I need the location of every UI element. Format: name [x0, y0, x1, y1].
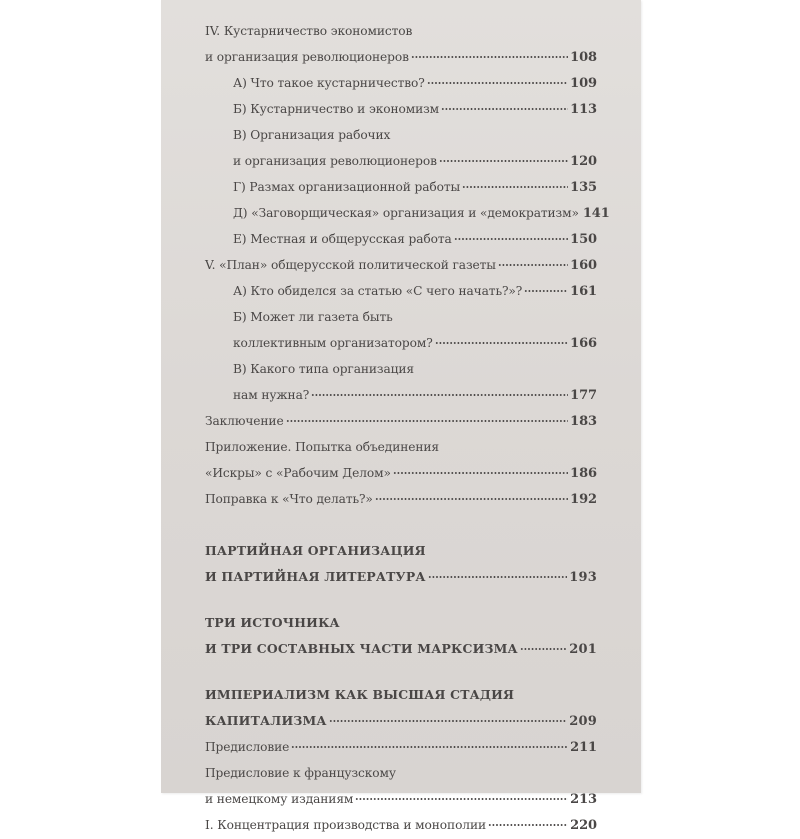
dot-leader — [411, 56, 568, 58]
toc-page-number: 192 — [570, 487, 597, 513]
toc-entry-line: нам нужна?177 — [205, 382, 597, 408]
toc-entry-title: А) Что такое кустарничество? — [233, 70, 425, 96]
toc-entry-title: нам нужна? — [233, 382, 309, 408]
toc-section-heading: ПАРТИЙНАЯ ОРГАНИЗАЦИЯИ ПАРТИЙНАЯ ЛИТЕРАТ… — [205, 538, 597, 590]
dot-leader — [462, 186, 568, 188]
toc-page-number: 213 — [570, 787, 597, 800]
toc-sections: ПАРТИЙНАЯ ОРГАНИЗАЦИЯИ ПАРТИЙНАЯ ЛИТЕРАТ… — [205, 538, 597, 800]
toc-entry: А) Что такое кустарничество?109 — [205, 70, 597, 96]
toc-entry-title: «Искры» с «Рабочим Делом» — [205, 460, 391, 486]
toc-entry-title: Б) Кустарничество и экономизм — [233, 96, 439, 122]
toc-entry-line: Г) Размах организационной работы135 — [205, 174, 597, 200]
toc-entry-line: Предисловие211 — [205, 734, 597, 760]
toc-entry-line: и немецкому изданиям213 — [205, 786, 597, 800]
toc-entry: Г) Размах организационной работы135 — [205, 174, 597, 200]
toc-section-heading: ТРИ ИСТОЧНИКАИ ТРИ СОСТАВНЫХ ЧАСТИ МАРКС… — [205, 610, 597, 662]
toc-entry-title: ПАРТИЙНАЯ ОРГАНИЗАЦИЯ — [205, 538, 426, 564]
toc-entry-title: Е) Местная и общерусская работа — [233, 226, 452, 252]
toc-entry-line: и организация революционеров120 — [205, 148, 597, 174]
toc-page-number: 135 — [570, 175, 597, 201]
toc-entry-line: Е) Местная и общерусская работа150 — [205, 226, 597, 252]
toc-entry-title: Д) «Заговорщическая» организация и «демо… — [233, 200, 579, 226]
toc-entry-line: Заключение183 — [205, 408, 597, 434]
toc-entry-title: Б) Может ли газета быть — [233, 304, 393, 330]
toc-entry-line: В) Какого типа организация — [205, 356, 597, 382]
toc-entry-line: V. «План» общерусской политической газет… — [205, 252, 597, 278]
toc-entry-line: А) Что такое кустарничество?109 — [205, 70, 597, 96]
dot-leader — [454, 238, 568, 240]
toc-entry-title: Поправка к «Что делать?» — [205, 486, 373, 512]
dot-leader — [498, 264, 568, 266]
toc-entry: Б) Может ли газета бытьколлективным орга… — [205, 304, 597, 356]
toc-entry-line: КАПИТАЛИЗМА209 — [205, 708, 597, 734]
toc-entry-title: Г) Размах организационной работы — [233, 174, 460, 200]
toc-page-number: 161 — [570, 279, 597, 305]
toc-entry-title: А) Кто обиделся за статью «С чего начать… — [233, 278, 522, 304]
toc-entry: Предисловие211 — [205, 734, 597, 760]
toc-entry-line: ТРИ ИСТОЧНИКА — [205, 610, 597, 636]
toc-page-number: 108 — [570, 45, 597, 71]
toc-page-number: 183 — [570, 409, 597, 435]
toc-entry-title: И ПАРТИЙНАЯ ЛИТЕРАТУРА — [205, 564, 426, 590]
dot-leader — [393, 472, 568, 474]
toc-page-number: 177 — [570, 383, 597, 409]
dot-leader — [427, 82, 568, 84]
dot-leader — [311, 394, 568, 396]
toc-entry: Приложение. Попытка объединения«Искры» с… — [205, 434, 597, 486]
toc-entry-title: Предисловие — [205, 734, 289, 760]
toc-entry-title: В) Какого типа организация — [233, 356, 414, 382]
toc-page-number: 166 — [570, 331, 597, 357]
toc-entry: V. «План» общерусской политической газет… — [205, 252, 597, 278]
toc-page-number: 109 — [570, 71, 597, 97]
toc-entry-title: В) Организация рабочих — [233, 122, 390, 148]
toc-entry-title: И ТРИ СОСТАВНЫХ ЧАСТИ МАРКСИЗМА — [205, 636, 518, 662]
dot-leader — [441, 108, 568, 110]
dot-leader — [329, 720, 568, 722]
toc-entry: Предисловие к французскомуи немецкому из… — [205, 760, 597, 800]
toc-page-number: 209 — [569, 709, 597, 735]
toc-entry-title: КАПИТАЛИЗМА — [205, 708, 327, 734]
toc-entry-title: Заключение — [205, 408, 284, 434]
toc-entry-title: и организация революционеров — [233, 148, 437, 174]
toc-page-number: 120 — [570, 149, 597, 175]
toc-entry: Д) «Заговорщическая» организация и «демо… — [205, 200, 597, 226]
dot-leader — [435, 342, 569, 344]
toc-entry-line: и организация революционеров108 — [205, 44, 597, 70]
toc-entry: IV. Кустарничество экономистови организа… — [205, 18, 597, 70]
toc-entry-line: Б) Кустарничество и экономизм113 — [205, 96, 597, 122]
toc-page-number: 186 — [570, 461, 597, 487]
dot-leader — [286, 420, 569, 422]
dot-leader — [524, 290, 568, 292]
toc-entry-title: и немецкому изданиям — [205, 786, 353, 800]
toc-entry-line: Предисловие к французскому — [205, 760, 597, 786]
toc-entry: Заключение183 — [205, 408, 597, 434]
toc-part-1: IV. Кустарничество экономистови организа… — [205, 18, 597, 512]
toc-entry: А) Кто обиделся за статью «С чего начать… — [205, 278, 597, 304]
toc-page-number: 160 — [570, 253, 597, 279]
toc-page-number: 113 — [570, 97, 597, 123]
toc-entry-line: ИМПЕРИАЛИЗМ КАК ВЫСШАЯ СТАДИЯ — [205, 682, 597, 708]
toc-page-number: 201 — [569, 637, 597, 663]
toc-entry-line: В) Организация рабочих — [205, 122, 597, 148]
dot-leader — [375, 498, 568, 500]
dot-leader — [439, 160, 568, 162]
toc-entry-title: Предисловие к французскому — [205, 760, 396, 786]
toc-entry-line: И ПАРТИЙНАЯ ЛИТЕРАТУРА193 — [205, 564, 597, 590]
toc-section-heading: ИМПЕРИАЛИЗМ КАК ВЫСШАЯ СТАДИЯКАПИТАЛИЗМА… — [205, 682, 597, 734]
toc-page-number: 193 — [569, 565, 597, 591]
toc-entry: В) Какого типа организациянам нужна?177 — [205, 356, 597, 408]
toc-entry-line: И ТРИ СОСТАВНЫХ ЧАСТИ МАРКСИЗМА201 — [205, 636, 597, 662]
toc-page-number: 211 — [570, 735, 597, 761]
toc-entry: Поправка к «Что делать?»192 — [205, 486, 597, 512]
toc-page-number: 141 — [583, 201, 610, 227]
toc-entry: Б) Кустарничество и экономизм113 — [205, 96, 597, 122]
toc-entry-line: Б) Может ли газета быть — [205, 304, 597, 330]
table-of-contents: IV. Кустарничество экономистови организа… — [205, 18, 597, 800]
toc-entry-line: Приложение. Попытка объединения — [205, 434, 597, 460]
toc-entry: В) Организация рабочихи организация рево… — [205, 122, 597, 174]
book-page: IV. Кустарничество экономистови организа… — [161, 0, 641, 793]
toc-entry-line: IV. Кустарничество экономистов — [205, 18, 597, 44]
toc-entry-title: коллективным организатором? — [233, 330, 433, 356]
toc-entry-line: ПАРТИЙНАЯ ОРГАНИЗАЦИЯ — [205, 538, 597, 564]
toc-entry-title: Приложение. Попытка объединения — [205, 434, 439, 460]
toc-entry-title: V. «План» общерусской политической газет… — [205, 252, 496, 278]
toc-entry-title: ИМПЕРИАЛИЗМ КАК ВЫСШАЯ СТАДИЯ — [205, 682, 514, 708]
dot-leader — [520, 648, 567, 650]
toc-entry-line: «Искры» с «Рабочим Делом»186 — [205, 460, 597, 486]
toc-entry-title: ТРИ ИСТОЧНИКА — [205, 610, 340, 636]
dot-leader — [291, 746, 568, 748]
toc-page-number: 150 — [570, 227, 597, 253]
toc-entry-title: и организация революционеров — [205, 44, 409, 70]
toc-entry-line: А) Кто обиделся за статью «С чего начать… — [205, 278, 597, 304]
toc-entry: Е) Местная и общерусская работа150 — [205, 226, 597, 252]
dot-leader — [428, 576, 568, 578]
toc-entry-title: IV. Кустарничество экономистов — [205, 18, 412, 44]
toc-entry-line: Д) «Заговорщическая» организация и «демо… — [205, 200, 597, 226]
toc-entry-line: коллективным организатором?166 — [205, 330, 597, 356]
toc-entry-line: Поправка к «Что делать?»192 — [205, 486, 597, 512]
